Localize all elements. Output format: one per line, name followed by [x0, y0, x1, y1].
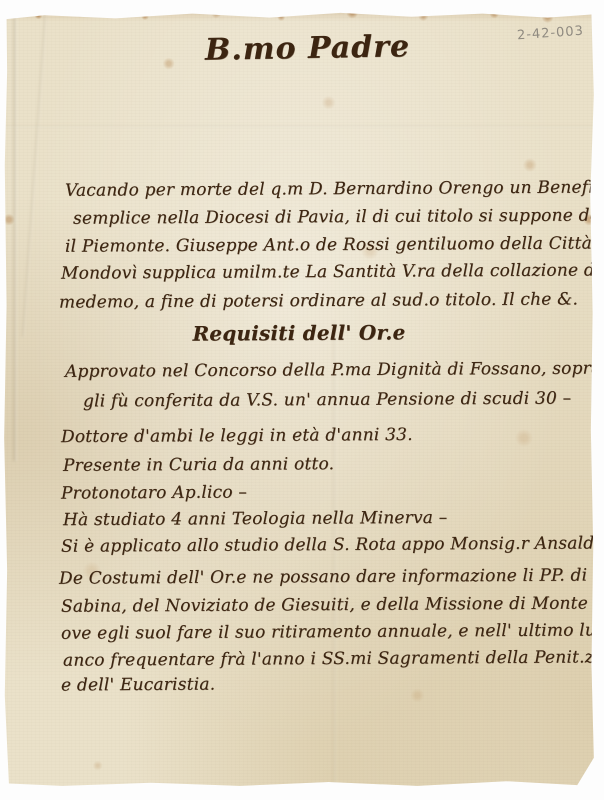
manuscript-line: Vacando per morte del q.m D. Bernardino …: [65, 177, 604, 201]
manuscript-line: Si è applicato allo studio della S. Rota…: [61, 533, 604, 556]
manuscript-line: Approvato nel Concorso della P.ma Dignit…: [65, 358, 604, 382]
paper-sheet: B.mo Padre 2-42-003 Vacando per morte de…: [3, 9, 595, 789]
manuscript-line: Dottore d'ambi le leggi in età d'anni 33…: [61, 425, 413, 447]
salutation: B.mo Padre: [205, 29, 411, 68]
manuscript-line: Hà studiato 4 anni Teologia nella Minerv…: [63, 508, 448, 530]
archive-number: 2-42-003: [517, 24, 585, 44]
manuscript-line: medemo, a fine di potersi ordinare al su…: [59, 289, 578, 312]
manuscript-line: Protonotaro Ap.lico –: [61, 482, 247, 503]
manuscript-line: semplice nella Diocesi di Pavia, il di c…: [73, 205, 604, 228]
scanned-letter-page: B.mo Padre 2-42-003 Vacando per morte de…: [0, 0, 604, 800]
manuscript-line: anco frequentare frà l'anno i SS.mi Sagr…: [63, 647, 604, 670]
manuscript-line: e dell' Eucaristia.: [61, 675, 215, 696]
manuscript-line: il Piemonte. Giuseppe Ant.o de Rossi gen…: [65, 233, 604, 256]
manuscript-text-layer: B.mo Padre 2-42-003 Vacando per morte de…: [3, 9, 595, 789]
manuscript-line: ove egli suol fare il suo ritiramento an…: [61, 620, 604, 643]
manuscript-line: Sabina, del Noviziato de Giesuiti, e del…: [61, 593, 604, 617]
manuscript-line: gli fù conferita da V.S. un' annua Pensi…: [83, 389, 571, 412]
section-heading: Requisiti dell' Or.e: [3, 319, 595, 347]
manuscript-line: Mondovì supplica umilm.te La Santità V.r…: [61, 260, 604, 283]
manuscript-line: Presente in Curia da anni otto.: [63, 454, 334, 476]
manuscript-line: De Costumi dell' Or.e ne possano dare in…: [59, 565, 604, 588]
